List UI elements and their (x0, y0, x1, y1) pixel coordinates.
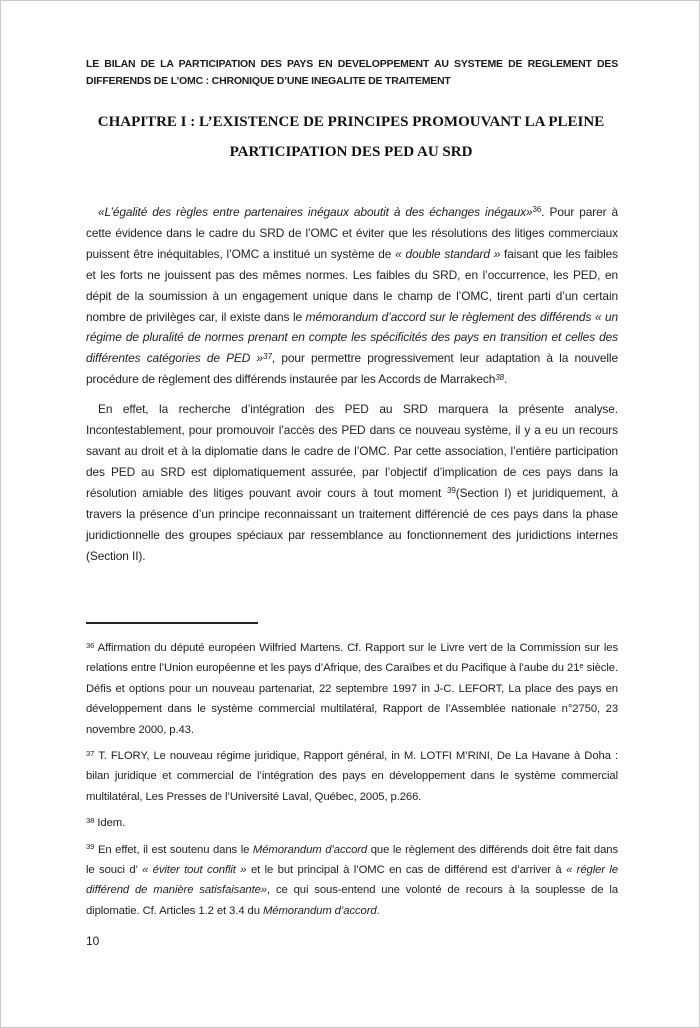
footnote-separator (86, 622, 258, 624)
document-page: LE BILAN DE LA PARTICIPATION DES PAYS EN… (0, 0, 700, 1028)
chapter-title: CHAPITRE I : L’EXISTENCE DE PRINCIPES PR… (71, 107, 631, 167)
footnotes-section: 36 Affirmation du député européen Wilfri… (86, 638, 618, 927)
footnote-37: 37 T. FLORY, Le nouveau régime juridique… (86, 746, 618, 807)
footnote-38: 38 Idem. (86, 813, 618, 833)
paragraph-2: En effet, la recherche d’intégration des… (86, 399, 618, 566)
running-head: LE BILAN DE LA PARTICIPATION DES PAYS EN… (86, 56, 618, 90)
footnote-39: 39 En effet, il est soutenu dans le Mémo… (86, 840, 618, 922)
footnote-36: 36 Affirmation du député européen Wilfri… (86, 638, 618, 740)
body-text: «L’égalité des règles entre partenaires … (86, 202, 618, 566)
page-number: 10 (86, 934, 99, 948)
paragraph-1: «L’égalité des règles entre partenaires … (86, 202, 618, 390)
